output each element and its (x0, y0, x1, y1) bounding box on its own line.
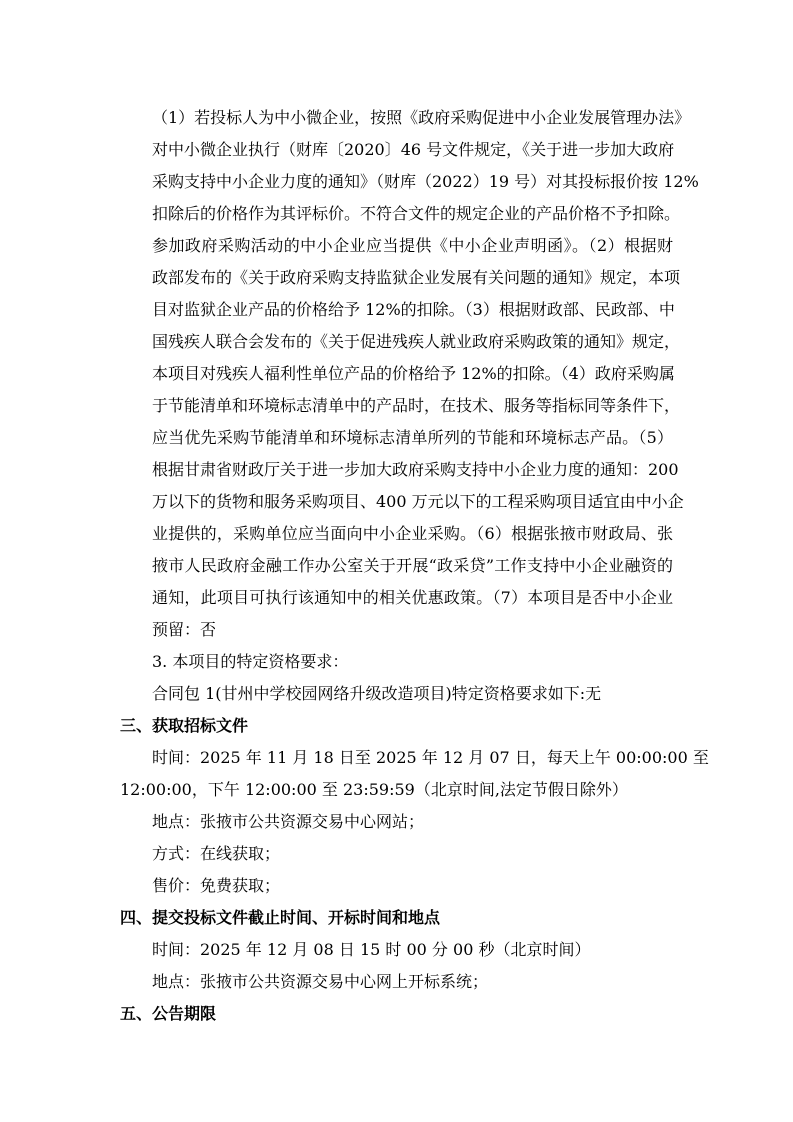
submission-location: 地点：张掖市公共资源交易中心网上开标系统； (120, 966, 673, 998)
section-heading-submission-deadline: 四、提交投标文件截止时间、开标时间和地点 (120, 902, 673, 934)
page-content: （1）若投标人为中小微企业，按照《政府采购促进中小企业发展管理办法》 对中小微企… (120, 102, 673, 1030)
qualification-detail: 合同包 1(甘州中学校园网络升级改造项目)特定资格要求如下:无 (120, 678, 673, 710)
obtain-location: 地点：张掖市公共资源交易中心网站； (120, 806, 673, 838)
paragraph-line: 根据甘肃省财政厅关于进一步加大政府采购支持中小企业力度的通知：200 (120, 454, 673, 486)
submission-time: 时间：2025 年 12 月 08 日 15 时 00 分 00 秒（北京时间） (120, 934, 673, 966)
obtain-time-line: 时间：2025 年 11 月 18 日至 2025 年 12 月 07 日，每天… (120, 742, 673, 774)
obtain-time-line: 12:00:00，下午 12:00:00 至 23:59:59（北京时间,法定节… (120, 774, 673, 806)
section-heading-announcement-period: 五、公告期限 (120, 998, 673, 1030)
paragraph-line: 于节能清单和环境标志清单中的产品时，在技术、服务等指标同等条件下， (120, 390, 673, 422)
obtain-method: 方式：在线获取； (120, 838, 673, 870)
paragraph-line: 国残疾人联合会发布的《关于促进残疾人就业政府采购政策的通知》规定， (120, 326, 673, 358)
paragraph-line: 政部发布的《关于政府采购支持监狱企业发展有关问题的通知》规定，本项 (120, 262, 673, 294)
paragraph-line: 万以下的货物和服务采购项目、400 万元以下的工程采购项目适宜由中小企 (120, 486, 673, 518)
paragraph-line: 应当优先采购节能清单和环境标志清单所列的节能和环境标志产品。（5） (120, 422, 673, 454)
paragraph-line: 掖市人民政府金融工作办公室关于开展“政采贷”工作支持中小企业融资的 (120, 550, 673, 582)
section-heading-obtain-documents: 三、获取招标文件 (120, 710, 673, 742)
sme-reservation-line: 预留：否 (120, 614, 673, 646)
paragraph-line: 目对监狱企业产品的价格给予 12%的扣除。（3）根据财政部、民政部、中 (120, 294, 673, 326)
paragraph-line: 业提供的，采购单位应当面向中小企业采购。（6）根据张掖市财政局、张 (120, 518, 673, 550)
preference-policy-paragraph: （1）若投标人为中小微企业，按照《政府采购促进中小企业发展管理办法》 对中小微企… (120, 102, 673, 646)
paragraph-line: 扣除后的价格作为其评标价。不符合文件的规定企业的产品价格不予扣除。 (120, 198, 673, 230)
obtain-time-paragraph: 时间：2025 年 11 月 18 日至 2025 年 12 月 07 日，每天… (120, 742, 673, 806)
document-page: （1）若投标人为中小微企业，按照《政府采购促进中小企业发展管理办法》 对中小微企… (0, 0, 793, 1122)
paragraph-line: 对中小微企业执行（财库〔2020〕46 号文件规定，《关于进一步加大政府 (120, 134, 673, 166)
obtain-price: 售价：免费获取； (120, 870, 673, 902)
paragraph-line: 本项目对残疾人福利性单位产品的价格给予 12%的扣除。（4）政府采购属 (120, 358, 673, 390)
paragraph-line: 采购支持中小企业力度的通知》（财库（2022）19 号）对其投标报价按 12% (120, 166, 673, 198)
qualification-title: 3. 本项目的特定资格要求： (120, 646, 673, 678)
paragraph-line: 通知，此项目可执行该通知中的相关优惠政策。（7）本项目是否中小企业 (120, 582, 673, 614)
paragraph-line: （1）若投标人为中小微企业，按照《政府采购促进中小企业发展管理办法》 (120, 102, 673, 134)
paragraph-line: 参加政府采购活动的中小企业应当提供《中小企业声明函》。（2）根据财 (120, 230, 673, 262)
